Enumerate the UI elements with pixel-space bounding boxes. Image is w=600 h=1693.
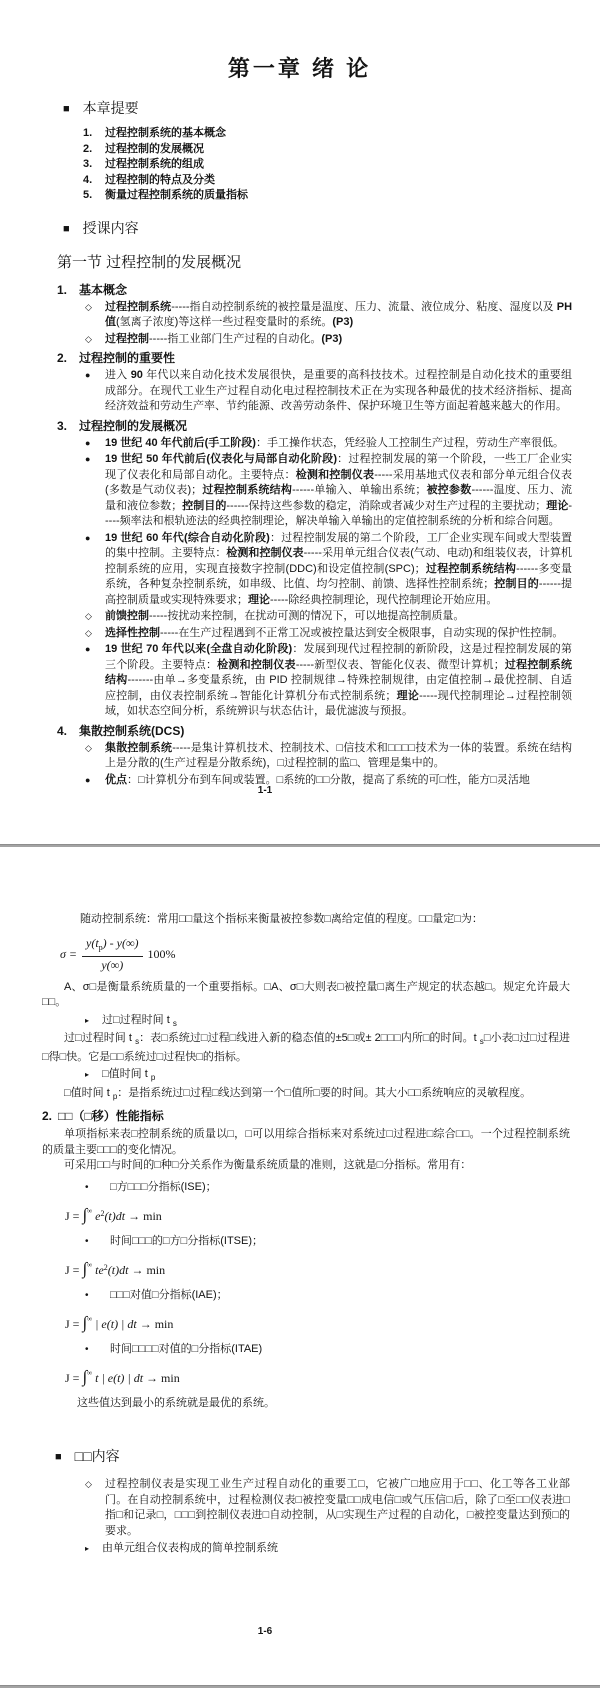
text-run: J = — [65, 1263, 82, 1277]
bold-text: 过程控制的发展概况 — [79, 419, 187, 433]
paragraph: A、σ□是衡量系统质量的一个重要指标。□A、σ□大则表□被控量□离生产规定的状态… — [42, 980, 570, 1011]
item-text: 过程控制系统的基本概念 — [105, 126, 226, 142]
numbered-heading: 2.□□（□移）性能指标 — [42, 1108, 570, 1125]
summary-list-item: 4.过程控制的特点及分类 — [83, 173, 572, 189]
bold-text: 衡量过程控制系统的质量指标 — [105, 189, 248, 201]
bold-text: 过程控制系统结构 — [202, 484, 292, 496]
bold-text: (P3) — [321, 333, 342, 345]
fraction-numerator: y(tp) - y(∞) — [82, 936, 143, 958]
outline-item: ◇集散控制系统-----是集计算机技术、控制技术、□信技术和□□□□技术为一体的… — [85, 741, 572, 772]
text-run: -----除经典控制理论，现代控制理论开始应用。 — [270, 594, 497, 606]
bullet-bullet-icon: ● — [85, 531, 105, 609]
text-run: te — [92, 1263, 104, 1277]
bullet-bullet-icon: ● — [85, 452, 105, 530]
text-run: y(t — [86, 936, 99, 950]
outline-item: •□□□对值□分指标(IAE)； — [85, 1288, 570, 1304]
bold-text: 前馈控制 — [105, 610, 149, 622]
text-run: (t)dt — [108, 1263, 132, 1277]
outline-item: ▸由单元组合仪表构成的简单控制系统 — [85, 1541, 570, 1557]
bold-text: 集散控制系统 — [105, 742, 172, 754]
list-number: 4. — [57, 723, 79, 739]
paragraph: □值时间 t p：是指系统过□过程□线达到第一个□值所□要的时间。其大小□□系统… — [42, 1086, 570, 1105]
page-title: 第一章 绪 论 — [57, 54, 542, 84]
bold-text: 过程控制系统的基本概念 — [105, 127, 226, 139]
section-row: ■授课内容 — [63, 219, 572, 239]
bold-text: 理论 — [546, 500, 568, 512]
item-text: 19 世纪 70 年代以来(全盘自动化阶段)：发展到现代过程控制的新阶段，这是过… — [105, 642, 572, 720]
page-number: 1-1 — [0, 785, 530, 796]
text-run: 时间□□□□对值的□分指标(ITAE) — [110, 1343, 262, 1355]
arrow-bullet-icon: ▸ — [85, 1013, 102, 1032]
outline-item: ◇过程控制系统-----指自动控制系统的被控量是温度、压力、流量、液位成分、粘度… — [85, 300, 572, 331]
bold-text: 过程控制的特点及分类 — [105, 174, 215, 186]
summary-list-item: 3.过程控制系统的组成 — [83, 157, 572, 173]
formula-lhs: σ = — [60, 947, 77, 963]
text-run: → min — [146, 1371, 180, 1385]
list-number: 3. — [57, 418, 79, 434]
text-run: J = — [65, 1371, 82, 1385]
text-run: 时间□□□的□方□分指标(ITSE)； — [110, 1235, 263, 1247]
outline-item: ▸□值时间 t p — [85, 1067, 570, 1086]
dot-bullet-icon: • — [85, 1342, 110, 1358]
item-text: 过程控制-----指工业部门生产过程的自动化。(P3) — [105, 332, 572, 348]
arrow-bullet-icon: ▸ — [85, 1541, 102, 1557]
fraction: y(tp) - y(∞)y(∞) — [82, 936, 143, 974]
item-text: 选择性控制-----在生产过程遇到不正常工况或被控量达到安全极限事，自动实现的保… — [105, 626, 572, 642]
page-number: 1-6 — [0, 1626, 530, 1637]
formula-overshoot: σ =y(tp) - y(∞)y(∞)100% — [60, 936, 570, 974]
summary-list-item: 5.衡量过程控制系统的质量指标 — [83, 188, 572, 204]
text-run: □□内容 — [75, 1448, 120, 1464]
text-run: ------保持这些参数的稳定，消除或者减少对生产过程的主要扰动； — [226, 500, 546, 512]
text-run: 第一章 绪 论 — [228, 56, 371, 81]
bullet-bullet-icon: ● — [85, 436, 105, 452]
text-run: -----是集计算机技术、控制技术、□信技术和□□□□技术为一体的装置。系统在结… — [105, 742, 572, 770]
text-run: 过□过程时间 t — [102, 1014, 173, 1026]
item-text: □□□对值□分指标(IAE)； — [110, 1288, 570, 1304]
bold-text: 过程控制系统结构 — [426, 563, 517, 575]
bold-text: 过程控制的发展概况 — [105, 143, 204, 155]
summary-list-item: 2.过程控制的发展概况 — [83, 142, 572, 158]
item-text: 衡量过程控制系统的质量指标 — [105, 188, 248, 204]
text-run: → min — [131, 1263, 165, 1277]
text-run: J = — [65, 1317, 82, 1331]
item-text: 过程控制仪表是实现工业生产过程自动化的重要工□，它被广□地应用于□□、化工等各工… — [105, 1477, 570, 1539]
bullet-bullet-icon: ● — [85, 642, 105, 720]
formula-integral: J = ∫∞ te2(t)dt → min — [65, 1258, 570, 1279]
list-number: 3. — [83, 157, 105, 173]
square-bullet-icon: ■ — [63, 223, 70, 235]
item-text: 时间□□□□对值的□分指标(ITAE) — [110, 1342, 570, 1358]
text-run: 单项指标来表□控制系统的质量以□，□可以用综合指标来对系统过□过程进□综合□□。… — [42, 1128, 570, 1156]
bold-text: 检测和控制仪表 — [217, 659, 296, 671]
document-canvas: 第一章 绪 论■本章提要1.过程控制系统的基本概念2.过程控制的发展概况3.过程… — [0, 0, 600, 1693]
item-text: 时间□□□的□方□分指标(ITSE)； — [110, 1234, 570, 1250]
square-bullet-icon: ■ — [63, 103, 70, 115]
text-run: J = — [65, 1209, 82, 1223]
bold-text: 基本概念 — [79, 283, 127, 297]
section-row: ■□□内容 — [55, 1447, 570, 1467]
item-text: 基本概念 — [79, 282, 127, 298]
text-run: 过程控制仪表是实现工业生产过程自动化的重要工□，它被广□地应用于□□、化工等各工… — [105, 1478, 570, 1537]
item-text: 由单元组合仪表构成的简单控制系统 — [102, 1541, 570, 1557]
bold-text: 检测和控制仪表 — [226, 547, 303, 559]
item-text: 过程控制系统的组成 — [105, 157, 204, 173]
bullet-bullet-icon: ● — [85, 368, 105, 415]
list-number: 4. — [83, 173, 105, 189]
text-run: A、σ□是衡量系统质量的一个重要指标。□A、σ□大则表□被控量□离生产规定的状态… — [42, 981, 570, 1009]
text-run: □□□对值□分指标(IAE)； — [110, 1289, 228, 1301]
page-break-divider — [0, 1685, 600, 1688]
outline-item: ●19 世纪 70 年代以来(全盘自动化阶段)：发展到现代过程控制的新阶段，这是… — [85, 642, 572, 720]
list-number: 5. — [83, 188, 105, 204]
text-run: -----在生产过程遇到不正常工况或被控量达到安全极限事，自动实现的保护性控制。 — [160, 627, 563, 639]
diamond-bullet-icon: ◇ — [85, 1477, 105, 1539]
section-label: 授课内容 — [83, 220, 139, 236]
item-text: 19 世纪 40 年代前后(手工阶段)：手工操作状态，凭经验人工控制生产过程，劳… — [105, 436, 572, 452]
numbered-heading: 1.基本概念 — [57, 282, 572, 298]
page-break-divider — [0, 844, 600, 847]
list-number: 2. — [57, 350, 79, 366]
text-run: 本章提要 — [83, 100, 139, 116]
text-run: -----按扰动来控制，在扰动可测的情况下，可以地提高控制质量。 — [149, 610, 464, 622]
numbered-heading: 4.集散控制系统(DCS) — [57, 723, 572, 739]
outline-item: ●19 世纪 60 年代(综合自动化阶段)：过程控制发展的第二个阶段，工厂企业实… — [85, 531, 572, 609]
text-run: y(∞) — [101, 958, 123, 972]
paragraph: 这些值达到最小的系统就是最优的系统。 — [77, 1396, 570, 1412]
item-text: □方□□□分指标(ISE)； — [110, 1180, 570, 1196]
item-text: 过程控制的特点及分类 — [105, 173, 215, 189]
bold-text: 被控参数 — [426, 484, 471, 496]
bold-text: 19 世纪 40 年代前后(手工阶段) — [105, 437, 256, 449]
paragraph: 随动控制系统：常用□□量这个指标来衡量被控参数□离给定值的程度。□□量定□为： — [42, 912, 570, 928]
item-text: 过程控制的重要性 — [79, 350, 175, 366]
bold-text: 理论 — [248, 594, 270, 606]
formula-tail: 100% — [148, 947, 176, 963]
text-run: ：表□系统过□过程□线进入新的稳态值的±5□或± 2□□□内所□的时间。t — [139, 1032, 480, 1044]
outline-item: ▸过□过程时间 t s — [85, 1013, 570, 1032]
item-text: □值时间 t p — [102, 1067, 570, 1086]
section-row: ■本章提要 — [63, 99, 572, 119]
text-run: (氢离子浓度)等这样一些过程变量时的系统。 — [116, 316, 332, 328]
text-run: □值时间 t — [64, 1087, 113, 1099]
outline-item: ●进入 90 年代以来自动化技术发展很快，是重要的高科技技术。过程控制是自动化技… — [85, 368, 572, 415]
text-run: -----新型仪表、智能化仪表、微型计算机； — [296, 659, 505, 671]
item-text: 19 世纪 50 年代前后(仪表化与局部自动化阶段)：过程控制发展的第一个阶段，… — [105, 452, 572, 530]
text-run: p — [151, 1073, 155, 1082]
bold-text: 控制目的 — [182, 500, 226, 512]
text-run: | e(t) | dt — [92, 1317, 140, 1331]
fraction-denominator: y(∞) — [101, 957, 123, 974]
diamond-bullet-icon: ◇ — [85, 300, 105, 331]
text-run: □方□□□分指标(ISE)； — [110, 1181, 217, 1193]
item-text: 19 世纪 60 年代(综合自动化阶段)：过程控制发展的第二个阶段，工厂企业实现… — [105, 531, 572, 609]
outline-item: ◇选择性控制-----在生产过程遇到不正常工况或被控量达到安全极限事，自动实现的… — [85, 626, 572, 642]
bold-text: 理论 — [396, 690, 419, 702]
paragraph: 过□过程时间 t s：表□系统过□过程□线进入新的稳态值的±5□或± 2□□□内… — [42, 1031, 570, 1065]
text-run: 进入 — [105, 369, 131, 381]
dot-bullet-icon: • — [85, 1288, 110, 1304]
bold-text: 90 — [131, 369, 143, 381]
text-run: -----指工业部门生产过程的自动化。 — [149, 333, 321, 345]
text-run: ：□计算机分布到车间或装置。□系统的□□分散，提高了系统的可□性，能方□灵活地 — [127, 774, 530, 786]
summary-list-item: 1.过程控制系统的基本概念 — [83, 126, 572, 142]
section-label: 本章提要 — [83, 100, 139, 116]
section-heading: 第一节 过程控制的发展概况 — [57, 252, 572, 273]
square-bullet-icon: ■ — [55, 1451, 62, 1463]
diamond-bullet-icon: ◇ — [85, 741, 105, 772]
item-text: 过程控制系统-----指自动控制系统的被控量是温度、压力、流量、液位成分、粘度、… — [105, 300, 572, 331]
item-text: 进入 90 年代以来自动化技术发展很快，是重要的高科技技术。过程控制是自动化技术… — [105, 368, 572, 415]
outline-item: ◇过程控制-----指工业部门生产过程的自动化。(P3) — [85, 332, 572, 348]
numbered-heading: 3.过程控制的发展概况 — [57, 418, 572, 434]
list-number: 2. — [83, 142, 105, 158]
item-text: 前馈控制-----按扰动来控制，在扰动可测的情况下，可以地提高控制质量。 — [105, 609, 572, 625]
list-number: 1. — [57, 282, 79, 298]
text-run: 授课内容 — [83, 220, 139, 236]
text-run: 可采用□□与时间的□种□分关系作为衡量系统质量的准则，这就是□分指标。常用有： — [64, 1159, 471, 1171]
bold-text: 过程控制系统的组成 — [105, 158, 204, 170]
item-text: 集散控制系统-----是集计算机技术、控制技术、□信技术和□□□□技术为一体的装… — [105, 741, 572, 772]
text-run: (t)dt — [104, 1209, 128, 1223]
outline-item: ●19 世纪 40 年代前后(手工阶段)：手工操作状态，凭经验人工控制生产过程，… — [85, 436, 572, 452]
diamond-bullet-icon: ◇ — [85, 332, 105, 348]
item-text: 过程控制的发展概况 — [79, 418, 187, 434]
item-text: 集散控制系统(DCS) — [79, 723, 184, 739]
diamond-bullet-icon: ◇ — [85, 626, 105, 642]
text-run: s — [173, 1019, 177, 1028]
text-run: 随动控制系统：常用□□量这个指标来衡量被控参数□离给定值的程度。□□量定□为： — [80, 913, 483, 925]
list-number: 1. — [83, 126, 105, 142]
bold-text: 选择性控制 — [105, 627, 160, 639]
text-run: 这些值达到最小的系统就是最优的系统。 — [77, 1397, 275, 1409]
list-number: 2. — [42, 1108, 58, 1125]
text-run: 过□过程时间 t — [64, 1032, 135, 1044]
outline-item: ●19 世纪 50 年代前后(仪表化与局部自动化阶段)：过程控制发展的第一个阶段… — [85, 452, 572, 530]
bold-text: 过程控制系统 — [105, 301, 171, 313]
formula-integral: J = ∫∞ e2(t)dt → min — [65, 1204, 570, 1225]
page-2: 随动控制系统：常用□□量这个指标来衡量被控参数□离给定值的程度。□□量定□为：σ… — [0, 898, 600, 1557]
bold-text: 控制目的 — [494, 578, 539, 590]
text-run: □值时间 t — [102, 1068, 151, 1080]
bold-text: 检测和控制仪表 — [296, 469, 375, 481]
text-run: → min — [140, 1317, 174, 1331]
formula-integral: J = ∫∞ | e(t) | dt → min — [65, 1312, 570, 1333]
text-run: → min — [128, 1209, 162, 1223]
text-run: ：手工操作状态，凭经验人工控制生产过程，劳动生产率很低。 — [256, 437, 564, 449]
bold-text: 过程控制的重要性 — [79, 351, 175, 365]
paragraph: 可采用□□与时间的□种□分关系作为衡量系统质量的准则，这就是□分指标。常用有： — [42, 1158, 570, 1174]
text-run: ：是指系统过□过程□线达到第一个□值所□要的时间。其大小□□系统响应的灵敏程度。 — [117, 1087, 531, 1099]
text-run: 由单元组合仪表构成的简单控制系统 — [102, 1542, 278, 1554]
text-run: t | e(t) | dt — [92, 1371, 146, 1385]
dot-bullet-icon: • — [85, 1234, 110, 1250]
outline-item: •□方□□□分指标(ISE)； — [85, 1180, 570, 1196]
outline-item: •时间□□□□对值的□分指标(ITAE) — [85, 1342, 570, 1358]
bold-text: (P3) — [332, 316, 353, 328]
bold-text: 优点 — [105, 774, 127, 786]
diamond-bullet-icon: ◇ — [85, 609, 105, 625]
bold-text: 19 世纪 50 年代前后(仪表化与局部自动化阶段) — [105, 453, 337, 465]
bold-text: 19 世纪 70 年代以来(全盘自动化阶段) — [105, 643, 292, 655]
dot-bullet-icon: • — [85, 1180, 110, 1196]
formula-integral: J = ∫∞ t | e(t) | dt → min — [65, 1366, 570, 1387]
outline-item: ◇过程控制仪表是实现工业生产过程自动化的重要工□，它被广□地应用于□□、化工等各… — [85, 1477, 570, 1539]
paragraph: 单项指标来表□控制系统的质量以□，□可以用综合指标来对系统过□过程进□综合□□。… — [42, 1127, 570, 1158]
bold-text: 过程控制 — [105, 333, 149, 345]
arrow-bullet-icon: ▸ — [85, 1067, 102, 1086]
bold-text: 19 世纪 60 年代(综合自动化阶段) — [105, 532, 270, 544]
section-label: □□内容 — [75, 1448, 120, 1464]
outline-item: ◇前馈控制-----按扰动来控制，在扰动可测的情况下，可以地提高控制质量。 — [85, 609, 572, 625]
text-run: 年代以来自动化技术发展很快，是重要的高科技技术。过程控制是自动化技术的重要组成部… — [105, 369, 572, 412]
numbered-heading: 2.过程控制的重要性 — [57, 350, 572, 366]
text-run: ) - y(∞) — [103, 936, 139, 950]
text-run: -----指自动控制系统的被控量是温度、压力、流量、液位成分、粘度、湿度以及 — [171, 301, 557, 313]
text-run: 第一节 过程控制的发展概况 — [57, 254, 241, 271]
text-run: ------单输入、单输出系统； — [292, 484, 426, 496]
bold-text: 集散控制系统(DCS) — [79, 724, 184, 738]
item-text: 过□过程时间 t s — [102, 1013, 570, 1032]
outline-item: •时间□□□的□方□分指标(ITSE)； — [85, 1234, 570, 1250]
item-text: □□（□移）性能指标 — [58, 1108, 164, 1125]
page-1: 第一章 绪 论■本章提要1.过程控制系统的基本概念2.过程控制的发展概况3.过程… — [0, 0, 600, 788]
item-text: 过程控制的发展概况 — [105, 142, 204, 158]
bold-text: □□（□移）性能指标 — [58, 1109, 164, 1123]
